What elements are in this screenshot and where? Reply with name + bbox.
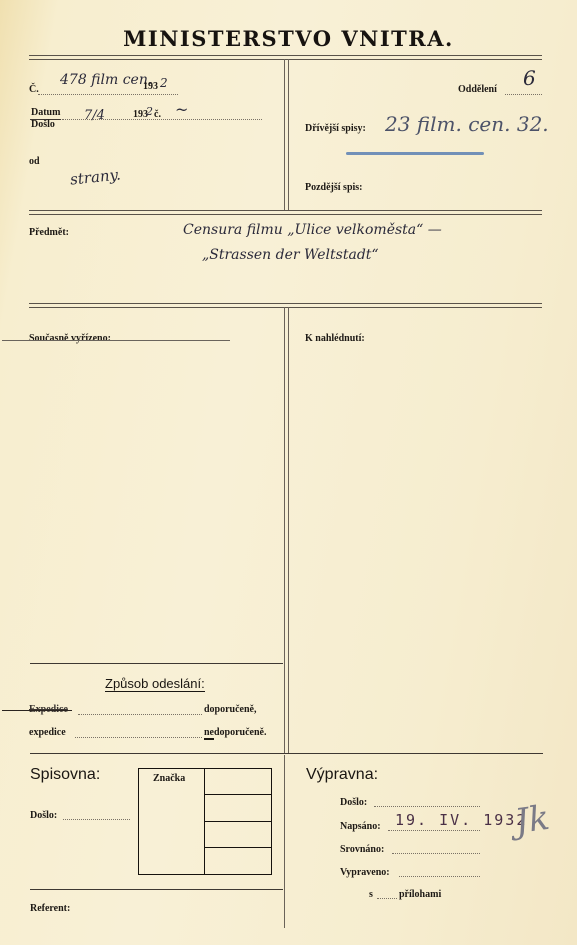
predmet-line-2: „Strassen der Weltstadt“: [202, 247, 379, 263]
vypraveno-label: Vypraveno:: [340, 867, 390, 878]
datum-year-hw: 2: [146, 105, 153, 118]
referent-rule: [30, 889, 283, 890]
datum-label: Datum: [31, 107, 60, 118]
soucasne-label: Současně vyřízeno:: [29, 333, 111, 344]
zpusob-top-rule: [30, 663, 283, 664]
spisovna-doslo-label: Došlo:: [30, 810, 57, 821]
vertical-divider-top: [284, 59, 289, 211]
zpusob-heading: Způsob odeslání:: [105, 676, 205, 692]
referent-label: Referent:: [30, 903, 70, 914]
datum-value: 7/4: [84, 108, 105, 123]
initials-pencil: Jk: [512, 798, 551, 842]
ne-prefix: ne: [204, 727, 214, 740]
vypravna-heading: Výpravna:: [306, 766, 378, 784]
expedice-label: expedice: [29, 727, 66, 738]
nedoporucene-rest: doporučeně.: [214, 727, 267, 738]
napsano-stamp: 19. IV. 1932: [395, 811, 527, 829]
znacka-cell-2: [204, 821, 271, 822]
vypraveno-line: [399, 876, 480, 877]
drivejsi-value: 23 film. cen. 32.: [385, 112, 549, 136]
vertical-divider-main: [284, 307, 289, 753]
oddeleni-label: Oddělení: [458, 84, 497, 95]
strike-line: [2, 710, 72, 711]
vypravna-doslo-label: Došlo:: [340, 797, 367, 808]
nedoporucene-label: nedoporučeně.: [204, 727, 267, 738]
cislo-year-hw: 2: [160, 76, 168, 90]
c-label: č.: [154, 109, 161, 120]
oddeleni-value: 6: [523, 66, 536, 90]
page-title: MINISTERSTVO VNITRA.: [0, 26, 577, 51]
srovnano-line: [392, 853, 480, 854]
doporucene-label: doporučeně,: [204, 704, 257, 715]
cislo-value: 478 film cen.: [60, 72, 152, 88]
stray-line: [2, 340, 230, 341]
srovnano-label: Srovnáno:: [340, 844, 384, 855]
znacka-cell-3: [204, 847, 271, 848]
row1-dots: [78, 714, 202, 715]
rule-above-footer: [30, 753, 543, 754]
double-rule-2: [29, 210, 542, 215]
spisovna-doslo-line: [63, 819, 130, 820]
cislo-year-printed: 193: [143, 81, 158, 92]
znacka-cell-1: [204, 794, 271, 795]
vypravna-doslo-line: [374, 806, 480, 807]
blue-pencil-underline: [346, 152, 484, 155]
drivejsi-label: Dřívější spisy:: [305, 123, 366, 134]
predmet-line-1: Censura filmu „Ulice velkoměsta“ —: [183, 222, 442, 238]
doslo-label: Došlo: [31, 119, 55, 130]
spisovna-heading: Spisovna:: [30, 766, 100, 784]
prilohami-count-line: [377, 898, 397, 899]
predmet-label: Předmět:: [29, 227, 69, 238]
row2-dots: [75, 737, 202, 738]
oddeleni-line: [505, 94, 542, 95]
napsano-line: [388, 830, 480, 831]
napsano-label: Napsáno:: [340, 821, 381, 832]
document-page: MINISTERSTVO VNITRA. Č. 478 film cen. 19…: [0, 0, 577, 945]
vertical-divider-footer: [284, 755, 286, 928]
od-label: od: [29, 156, 40, 167]
cislo-line: [38, 94, 178, 95]
od-value: strany.: [69, 165, 121, 188]
prilohami-label: přílohami: [399, 889, 441, 900]
s-label: s: [369, 889, 373, 900]
znacka-label: Značka: [153, 773, 185, 784]
c-value: ~: [175, 100, 188, 119]
nahlednuti-label: K nahlédnutí:: [305, 333, 365, 344]
pozdejsi-label: Pozdější spis:: [305, 182, 363, 193]
